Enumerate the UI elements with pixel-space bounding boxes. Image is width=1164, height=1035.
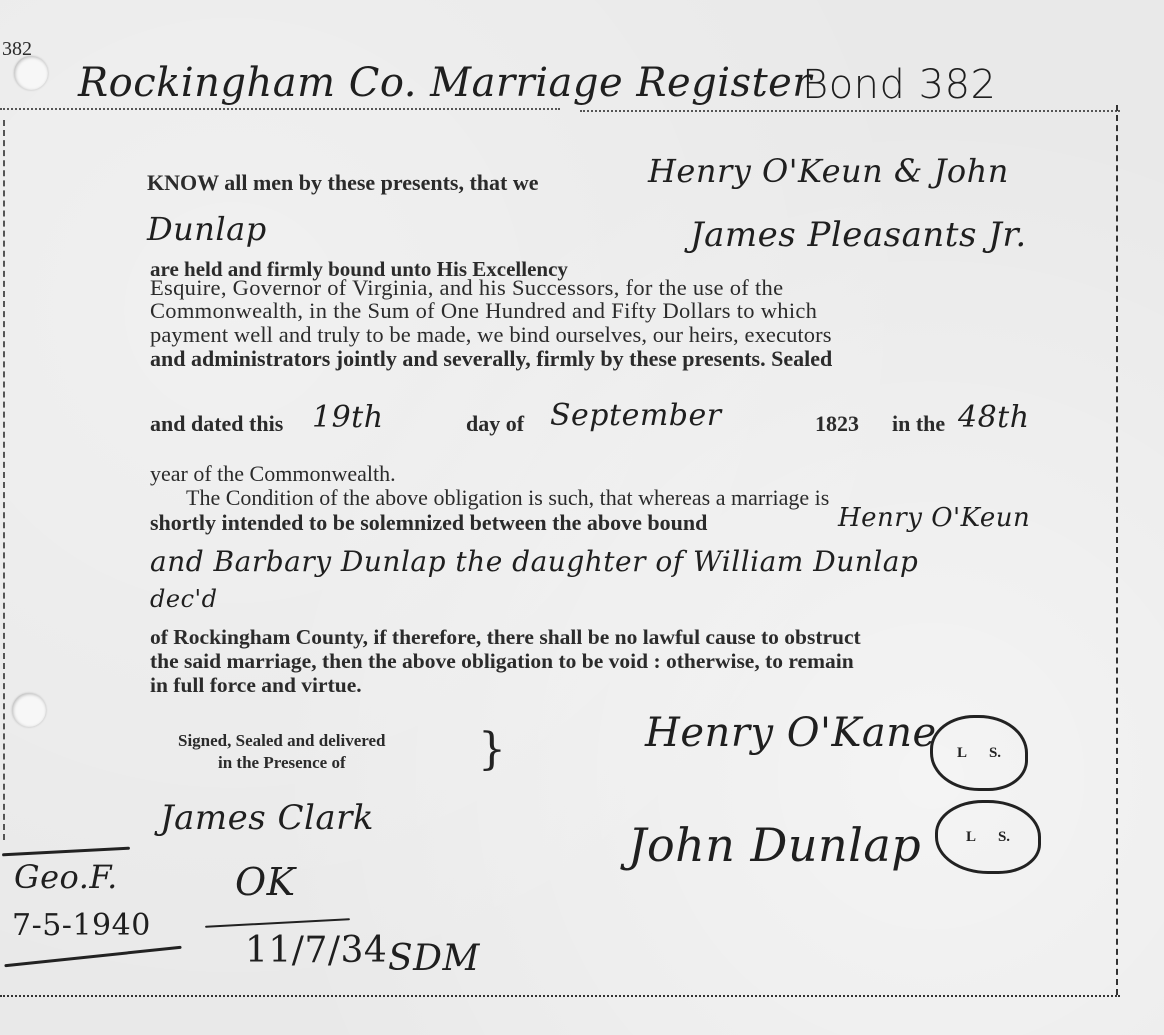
bond-line-1: KNOW all men by these presents, that we	[147, 170, 539, 196]
groom-name: Henry O'Keun	[838, 503, 1030, 533]
year-value: 1823	[815, 411, 859, 437]
county-line-1: of Rockingham County, if therefore, ther…	[150, 625, 861, 650]
bond-line-7: and administrators jointly and severally…	[150, 346, 832, 372]
county-line-3: in full force and virtue.	[150, 673, 362, 698]
date-right: 11/7/34	[245, 930, 387, 971]
bond-line-9: year of the Commonwealth.	[150, 461, 396, 487]
bond-line-6: payment well and truly to be made, we bi…	[150, 322, 832, 348]
day-value: 19th	[312, 400, 384, 435]
initials-right: SDM	[388, 938, 480, 979]
seal-2: L S.	[935, 800, 1041, 874]
underline-3	[205, 918, 350, 928]
month-value: September	[550, 398, 722, 433]
ok-mark: OK	[235, 860, 296, 904]
signer-1-signature: Henry O'Kane	[645, 710, 937, 756]
brace-icon: }	[478, 724, 506, 775]
scanned-document: 382 Rockingham Co. Marriage Register Bon…	[0, 0, 1164, 1035]
signer-2-signature: John Dunlap	[628, 818, 921, 872]
witness-signature: James Clark	[160, 798, 374, 838]
bond-line-5: Commonwealth, in the Sum of One Hundred …	[150, 298, 817, 324]
county-line-2: the said marriage, then the above obliga…	[150, 649, 854, 674]
witness-label-1: Signed, Sealed and delivered	[178, 731, 386, 751]
bond-label: Bond 382	[802, 62, 996, 108]
punch-hole-top	[14, 56, 48, 90]
form-border-top-2	[580, 110, 1120, 112]
in-the-label: in the	[892, 411, 945, 437]
punch-hole-bottom	[12, 693, 46, 727]
seal-1-left: L	[957, 745, 967, 762]
header-annotation: Rockingham Co. Marriage Register	[78, 60, 812, 106]
dated-prefix: and dated this	[150, 411, 283, 437]
witness-label-2: in the Presence of	[218, 753, 346, 773]
seal-1: L S.	[930, 715, 1028, 791]
seal-1-right: S.	[989, 745, 1001, 762]
form-border-top	[0, 108, 560, 110]
underline-2	[4, 946, 181, 968]
date-left: 7-5-1940	[12, 908, 151, 943]
obligor-surname: Dunlap	[147, 210, 267, 248]
governor-name: James Pleasants Jr.	[690, 215, 1027, 255]
commonwealth-year-value: 48th	[958, 400, 1030, 435]
form-border-left	[3, 120, 5, 840]
deceased-mark: dec'd	[150, 585, 217, 613]
underline-1	[2, 847, 130, 857]
form-border-right	[1116, 105, 1118, 995]
condition-line-1: The Condition of the above obligation is…	[186, 485, 829, 511]
day-of-label: day of	[466, 411, 524, 437]
form-border-bottom	[0, 995, 1120, 997]
corner-number: 382	[2, 38, 32, 61]
condition-line-2: shortly intended to be solemnized betwee…	[150, 510, 707, 536]
seal-2-right: S.	[998, 829, 1010, 846]
initials-left: Geo.F.	[14, 858, 118, 896]
obligors-names: Henry O'Keun & John	[648, 152, 1009, 190]
seal-2-left: L	[966, 829, 976, 846]
bride-line: and Barbary Dunlap the daughter of Willi…	[150, 545, 918, 578]
